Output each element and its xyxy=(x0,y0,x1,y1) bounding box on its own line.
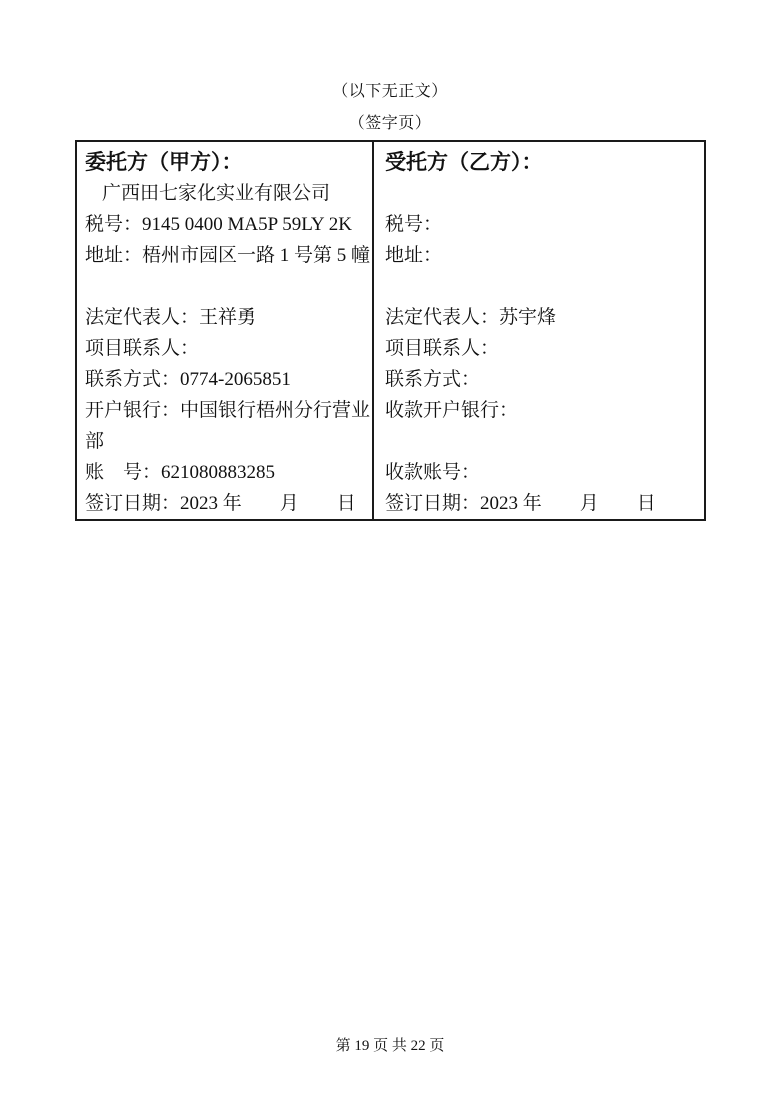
party-a-title: 委托方（甲方）： xyxy=(85,147,364,178)
party-a-legal-representative: 法定代表人：王祥勇 xyxy=(85,302,364,333)
party-a-tax-no: 税号：9145 0400 MA5P 59LY 2K xyxy=(85,209,364,240)
no-more-text-notice: （以下无正文） xyxy=(0,76,780,108)
page-number-footer: 第 19 页 共 22 页 xyxy=(0,1036,780,1056)
party-a-column: 委托方（甲方）： 广西田七家化实业有限公司 税号：9145 0400 MA5P … xyxy=(77,142,374,519)
party-b-sign-date: 签订日期：2023 年 月 日 xyxy=(385,488,696,519)
party-b-title: 受托方（乙方）： xyxy=(385,147,696,178)
party-a-bank-row1: 开户银行：中国银行梧州分行营业 xyxy=(85,395,364,426)
page-header-notices: （以下无正文） （签字页） xyxy=(0,0,780,140)
party-b-receiving-account: 收款账号： xyxy=(385,457,696,488)
party-a-project-contact: 项目联系人： xyxy=(85,333,364,364)
signature-page-label: （签字页） xyxy=(0,108,780,140)
party-b-project-contact: 项目联系人： xyxy=(385,333,696,364)
party-b-address: 地址： xyxy=(385,240,696,271)
party-a-sign-date: 签订日期：2023 年 月 日 xyxy=(85,488,364,519)
party-b-tax-no: 税号： xyxy=(385,209,696,240)
blank-line xyxy=(385,426,696,457)
party-b-legal-representative: 法定代表人：苏宇烽 xyxy=(385,302,696,333)
party-a-contact-method: 联系方式：0774-2065851 xyxy=(85,364,364,395)
party-a-company-name: 广西田七家化实业有限公司 xyxy=(85,178,364,209)
party-a-account-no: 账 号：621080883285 xyxy=(85,457,364,488)
blank-line xyxy=(385,178,696,209)
party-b-receiving-bank: 收款开户银行： xyxy=(385,395,696,426)
signature-table: 委托方（甲方）： 广西田七家化实业有限公司 税号：9145 0400 MA5P … xyxy=(75,140,706,521)
party-b-contact-method: 联系方式： xyxy=(385,364,696,395)
party-b-column: 受托方（乙方）： 税号： 地址： 法定代表人：苏宇烽 项目联系人： 联系方式： … xyxy=(374,142,704,519)
blank-line xyxy=(85,271,364,302)
party-a-address: 地址：梧州市园区一路 1 号第 5 幢 xyxy=(85,240,364,271)
blank-line xyxy=(385,271,696,302)
party-a-bank-row2: 部 xyxy=(85,426,364,457)
